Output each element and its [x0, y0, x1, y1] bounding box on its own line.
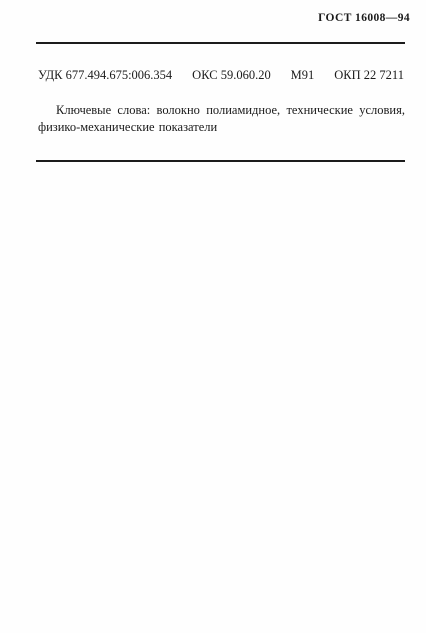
udk-code: УДК 677.494.675:006.354 — [38, 68, 172, 83]
top-horizontal-rule — [36, 42, 405, 44]
document-page: ГОСТ 16008—94 УДК 677.494.675:006.354 ОК… — [0, 0, 426, 633]
doc-code-header: ГОСТ 16008—94 — [318, 12, 410, 24]
okp-code: ОКП 22 7211 — [334, 68, 404, 83]
classification-row: УДК 677.494.675:006.354 ОКС 59.060.20 М9… — [38, 68, 404, 83]
keywords-paragraph: Ключевые слова: волокно полиамидное, тех… — [38, 102, 405, 135]
bottom-horizontal-rule — [36, 160, 405, 162]
group-code: М91 — [291, 68, 315, 83]
oks-code: ОКС 59.060.20 — [192, 68, 271, 83]
